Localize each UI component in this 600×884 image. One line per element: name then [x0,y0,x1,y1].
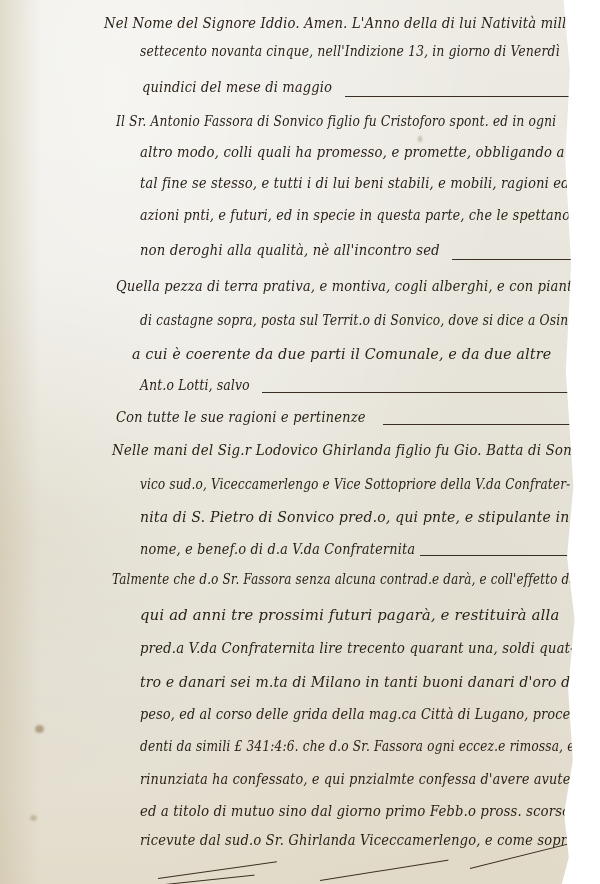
manuscript-line: non deroghi alla qualità, nè all'incontr… [140,243,440,259]
manuscript-line: nome, e benef.o di d.a V.da Confraternit… [140,542,415,558]
fill-dash-line [262,392,572,393]
fill-dash-line [345,96,575,97]
ink-stain [30,815,37,821]
pen-flourish [158,861,277,879]
manuscript-line: ricevute dal sud.o Sr. Ghirlanda Vicecca… [140,833,575,849]
manuscript-line: altro modo, colli quali ha promesso, e p… [140,145,565,161]
fill-dash-line [383,424,573,425]
manuscript-line: Con tutte le sue ragioni e pertinenze [116,410,366,426]
paper-edge-shading [0,0,40,884]
manuscript-line: Talmente che d.o Sr. Fassora senza alcun… [112,572,577,588]
fill-dash-line [420,555,575,556]
fill-dash-line [452,259,577,260]
manuscript-line: settecento novanta cinque, nell'Indizion… [140,44,560,60]
manuscript-line: Quella pezza di terra prativa, e montiva… [116,279,580,295]
manuscript-line: rinunziata ha confessato, e qui pnzialmt… [140,772,575,788]
manuscript-line: peso, ed al corso delle grida della mag.… [140,707,575,723]
manuscript-line: tal fine se stesso, e tutti i di lui ben… [140,176,570,192]
manuscript-line: Nel Nome del Signore Iddio. Amen. L'Anno… [104,14,574,32]
manuscript-line: quindici del mese di maggio [142,80,332,96]
manuscript-line: Ant.o Lotti, salvo [140,378,250,394]
manuscript-line: azioni pnti, e futuri, ed in specie in q… [140,208,570,224]
manuscript-line: qui ad anni tre prossimi futuri pagarà, … [140,608,559,624]
ink-stain [418,136,422,142]
manuscript-line: Nelle mani del Sig.r Lodovico Ghirlanda … [112,443,577,459]
manuscript-line: vico sud.o, Viceccamerlengo e Vice Sotto… [140,477,570,493]
manuscript-line: Il Sr. Antonio Fassora di Sonvico figlio… [116,114,556,130]
manuscript-line: tro e danari sei m.ta di Milano in tanti… [140,675,575,691]
manuscript-line: ed a titolo di mutuo sino dal giorno pri… [140,804,570,820]
manuscript-line: nita di S. Pietro di Sonvico pred.o, qui… [140,510,569,526]
manuscript-line: denti da simili £ 341:4:6. che d.o Sr. F… [140,739,575,755]
manuscript-line: a cui è coerente da due parti il Comunal… [132,347,551,363]
ink-stain [35,725,44,733]
manuscript-line: di castagne sopra, posta sul Territ.o di… [140,313,580,329]
manuscript-line: pred.a V.da Confraternita lire trecento … [140,641,575,657]
paper-sheet: Nel Nome del Signore Iddio. Amen. L'Anno… [0,0,578,884]
pen-flourish [320,860,449,881]
